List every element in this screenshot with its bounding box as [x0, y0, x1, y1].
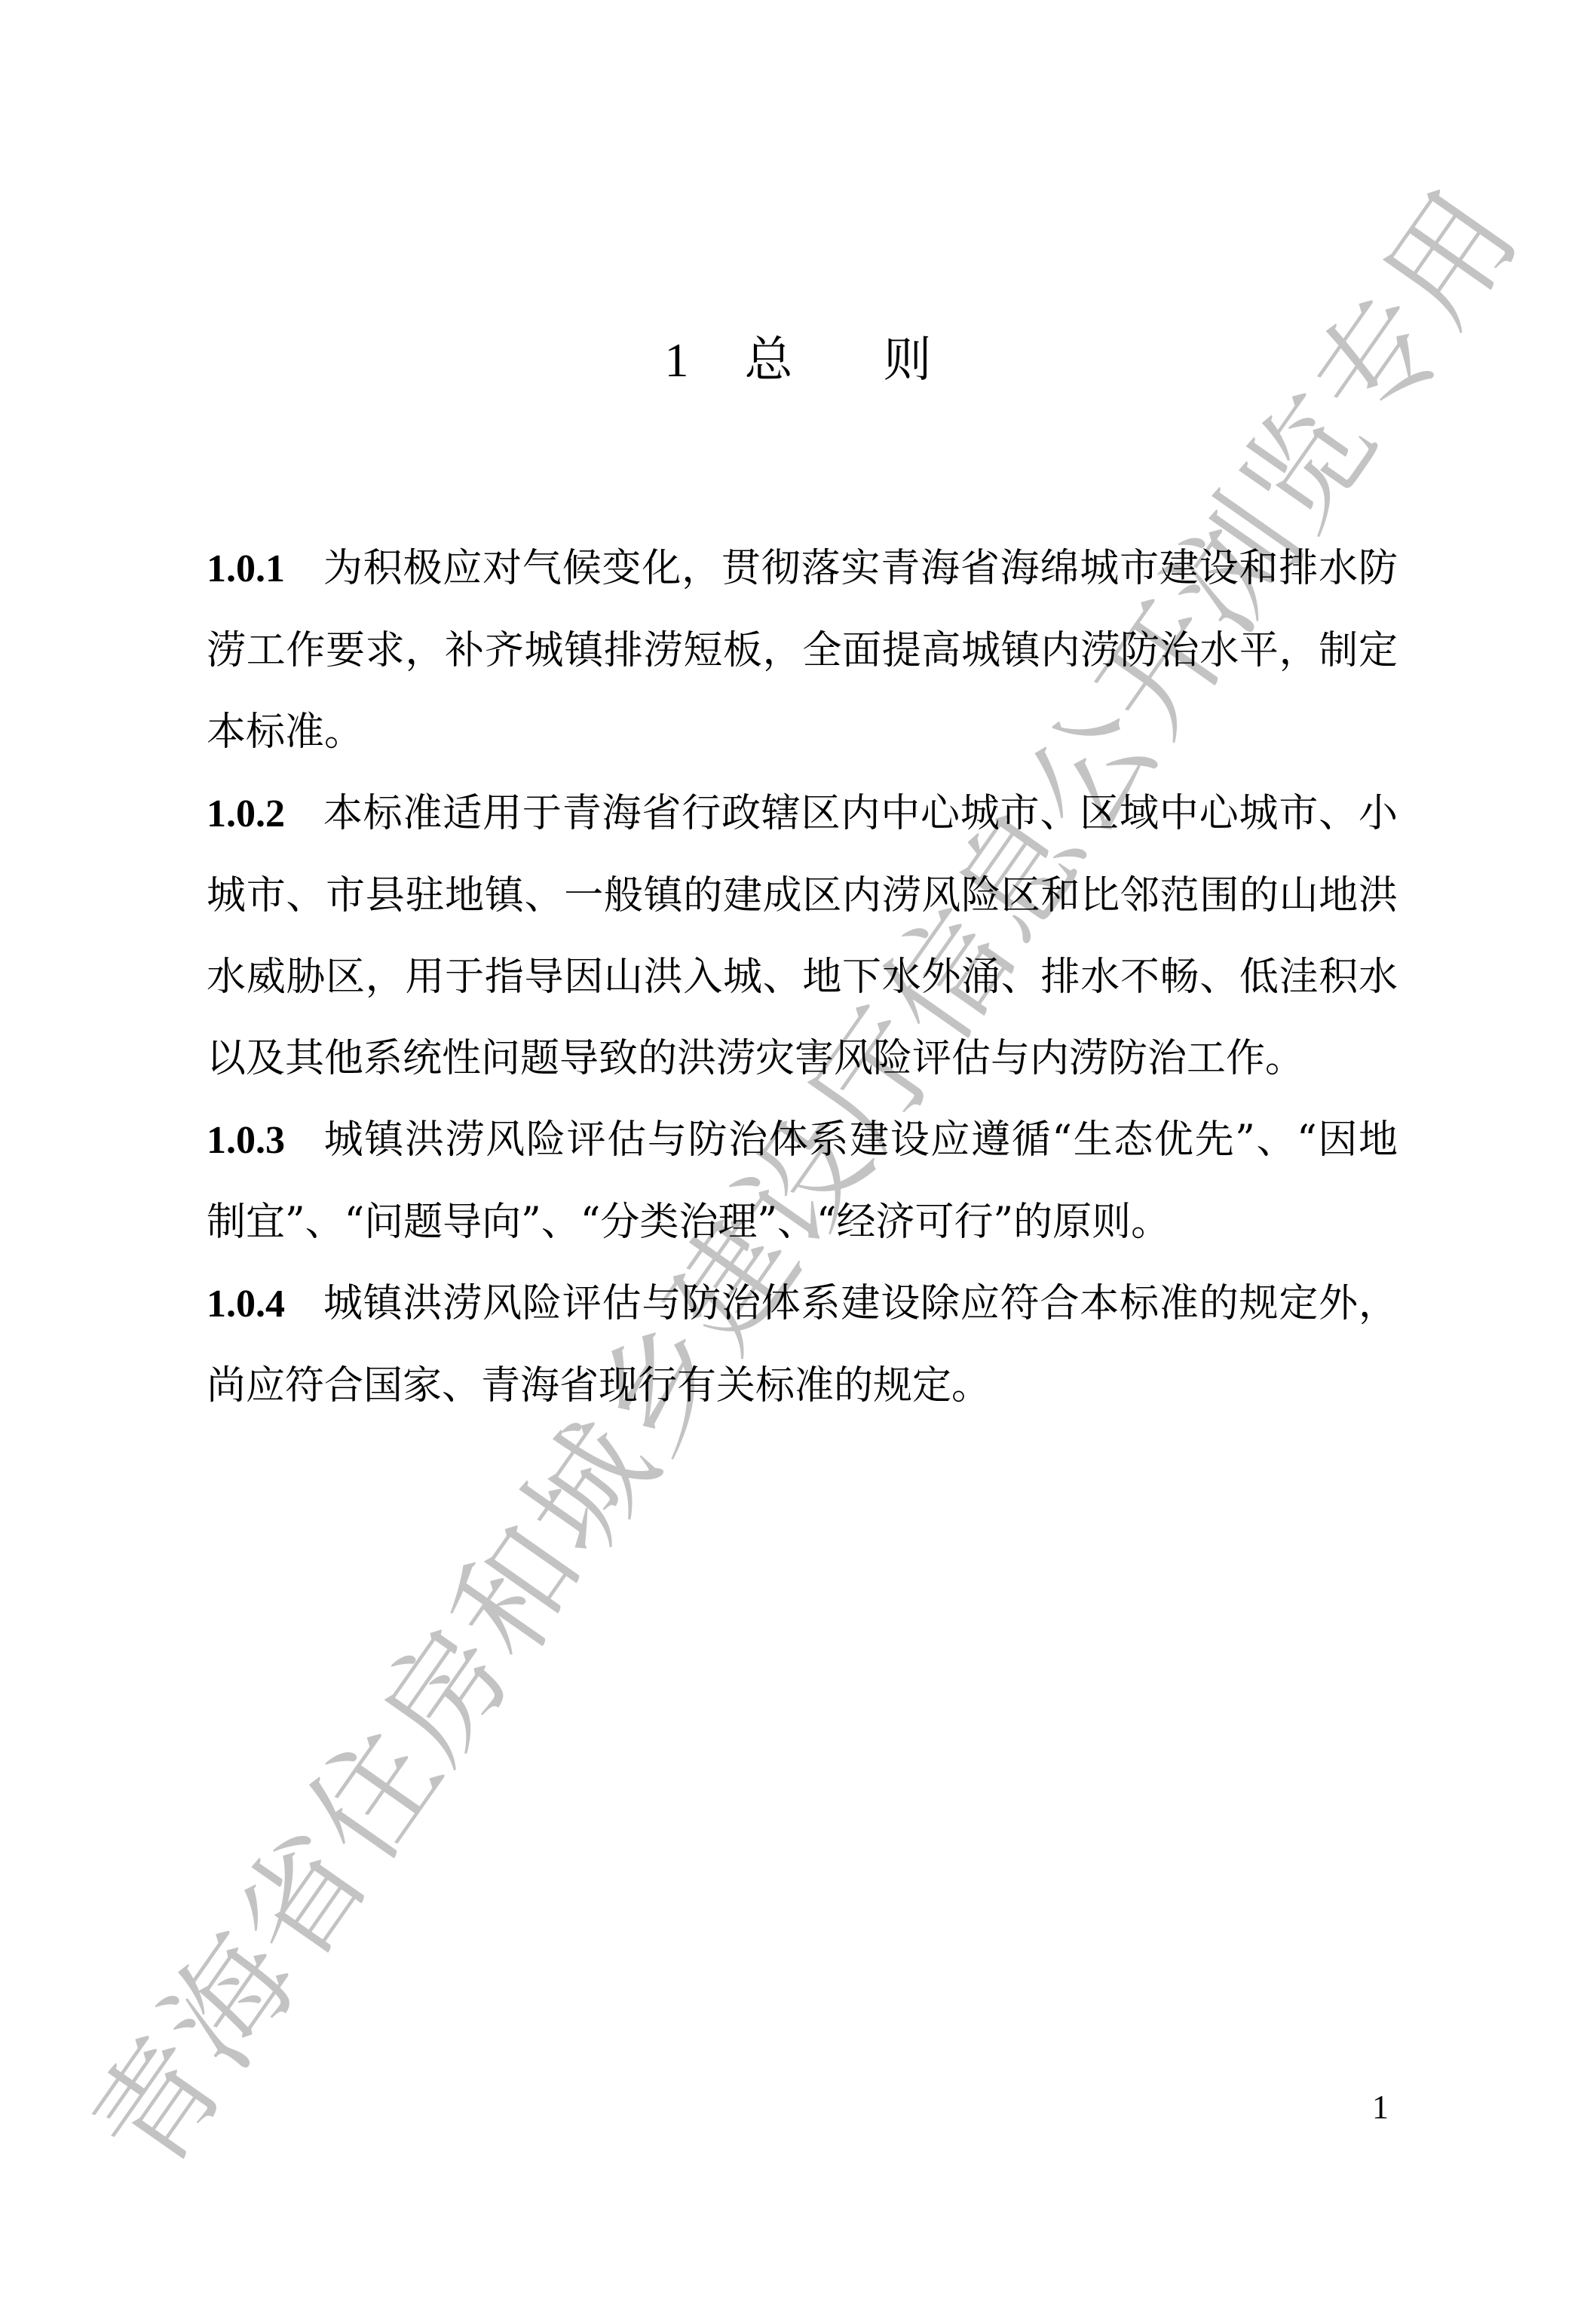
chapter-title: 1总则 — [0, 323, 1596, 398]
clause-text: 城镇洪涝风险评估与防治体系建设除应符合本标准的规定外，尚应符合国家、青海省现行有… — [207, 1281, 1398, 1408]
clause-1-0-4: 1.0.4城镇洪涝风险评估与防治体系建设除应符合本标准的规定外，尚应符合国家、青… — [207, 1263, 1398, 1427]
clause-number: 1.0.1 — [207, 547, 285, 590]
clause-1-0-1: 1.0.1为积极应对气候变化，贯彻落实青海省海绵城市建设和排水防涝工作要求，补齐… — [207, 528, 1398, 773]
clause-number: 1.0.3 — [207, 1119, 285, 1162]
document-page: 青海省住房和城乡建设厅信息公开浏览专用 1总则 1.0.1为积极应对气候变化，贯… — [0, 0, 1596, 2314]
chapter-number: 1 — [665, 333, 689, 387]
chapter-title-part2: 则 — [884, 333, 932, 388]
clause-number: 1.0.4 — [207, 1283, 285, 1326]
chapter-title-part1: 总 — [745, 333, 793, 388]
page-content: 1总则 1.0.1为积极应对气候变化，贯彻落实青海省海绵城市建设和排水防涝工作要… — [0, 0, 1596, 2314]
clause-text: 城镇洪涝风险评估与防治体系建设应遵循“生态优先”、“因地制宜”、“问题导向”、“… — [207, 1117, 1398, 1245]
clause-text: 本标准适用于青海省行政辖区内中心城市、区域中心城市、小城市、市县驻地镇、一般镇的… — [207, 791, 1398, 1081]
clause-text: 为积极应对气候变化，贯彻落实青海省海绵城市建设和排水防涝工作要求，补齐城镇排涝短… — [207, 546, 1398, 755]
clause-1-0-3: 1.0.3城镇洪涝风险评估与防治体系建设应遵循“生态优先”、“因地制宜”、“问题… — [207, 1099, 1398, 1263]
clause-1-0-2: 1.0.2本标准适用于青海省行政辖区内中心城市、区域中心城市、小城市、市县驻地镇… — [207, 773, 1398, 1099]
clause-list: 1.0.1为积极应对气候变化，贯彻落实青海省海绵城市建设和排水防涝工作要求，补齐… — [207, 528, 1398, 1427]
clause-number: 1.0.2 — [207, 792, 285, 835]
page-number: 1 — [1372, 2089, 1389, 2126]
